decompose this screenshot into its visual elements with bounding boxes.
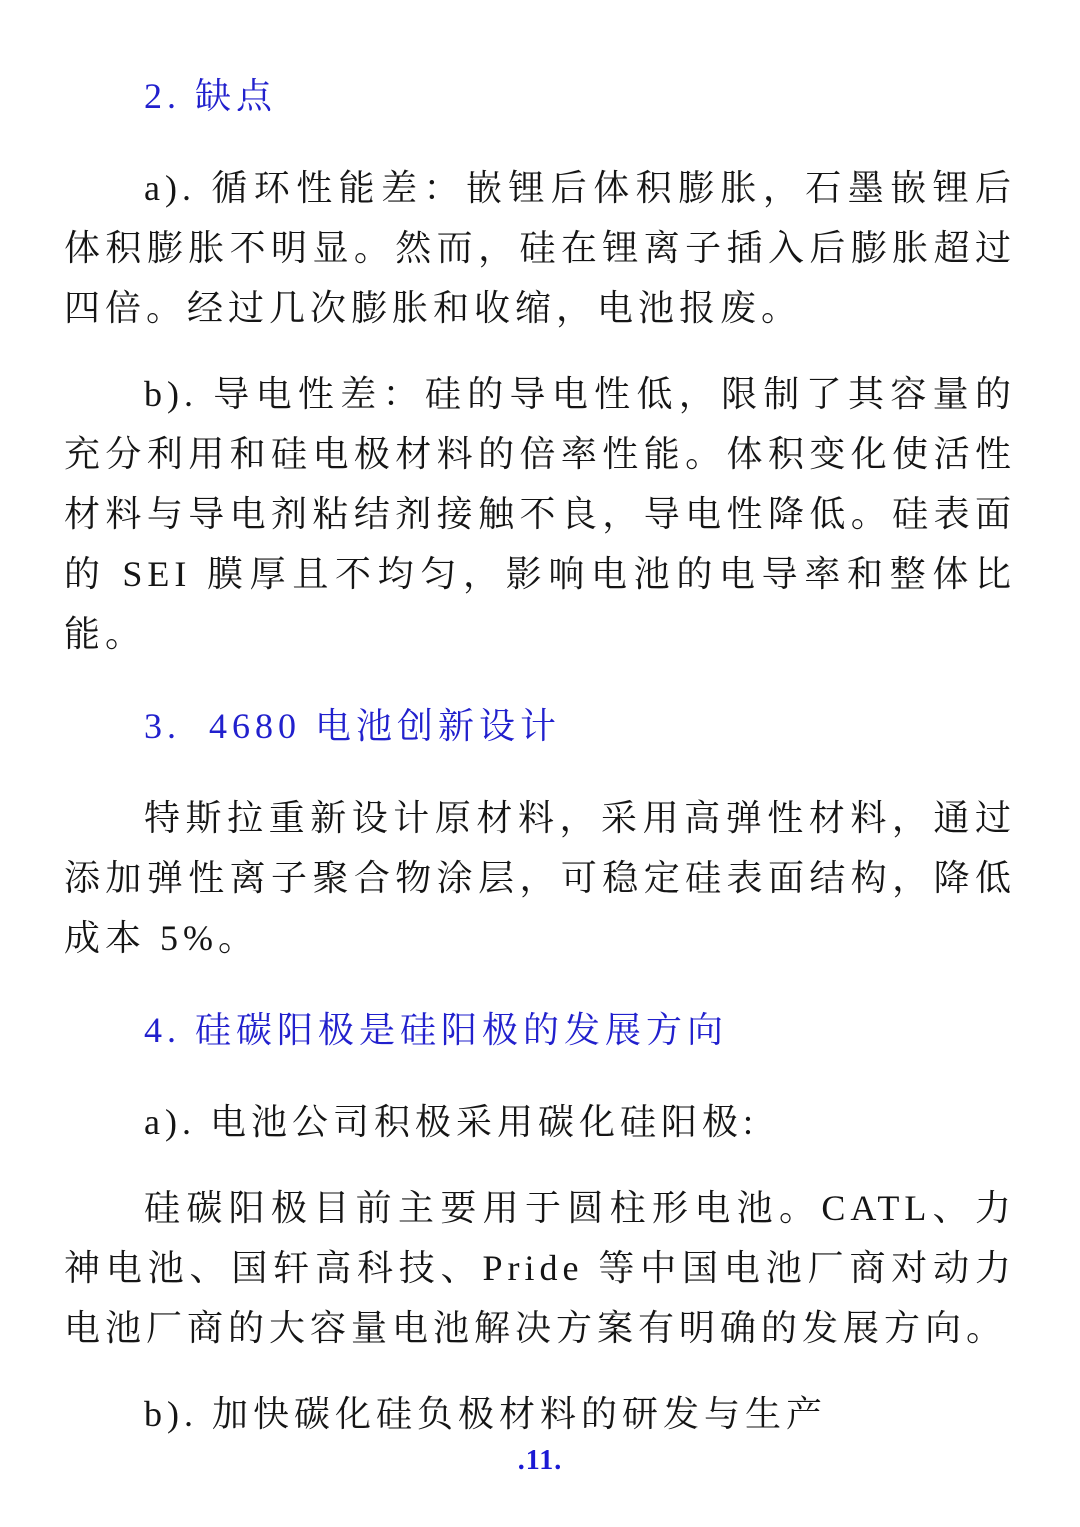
paragraph-tesla-redesign: 特斯拉重新设计原材料，采用高弹性材料，通过添加弹性离子聚合物涂层，可稳定硅表面结… (64, 788, 1016, 968)
paragraph-cylindrical-batteries: 硅碳阳极目前主要用于圆柱形电池。CATL、力神电池、国轩高科技、Pride 等中… (64, 1178, 1016, 1358)
paragraph-conductivity: b). 导电性差：硅的导电性低，限制了其容量的充分利用和硅电极材料的倍率性能。体… (64, 364, 1016, 664)
paragraph-battery-companies-adopt: a). 电池公司积极采用碳化硅阳极: (64, 1092, 1016, 1152)
section-heading-disadvantages: 2. 缺点 (64, 66, 1016, 126)
section-heading-silicon-carbon-anode: 4. 硅碳阳极是硅阳极的发展方向 (64, 1000, 1016, 1060)
section-heading-4680-innovation: 3. 4680 电池创新设计 (64, 696, 1016, 756)
paragraph-accelerate-rnd: b). 加快碳化硅负极材料的研发与生产 (64, 1384, 1016, 1444)
document-page: 2. 缺点 a). 循环性能差：嵌锂后体积膨胀，石墨嵌锂后体积膨胀不明显。然而，… (0, 0, 1080, 1527)
document-body: 2. 缺点 a). 循环性能差：嵌锂后体积膨胀，石墨嵌锂后体积膨胀不明显。然而，… (64, 66, 1016, 1470)
paragraph-cycling-performance: a). 循环性能差：嵌锂后体积膨胀，石墨嵌锂后体积膨胀不明显。然而，硅在锂离子插… (64, 158, 1016, 338)
page-number: .11. (0, 1445, 1080, 1477)
